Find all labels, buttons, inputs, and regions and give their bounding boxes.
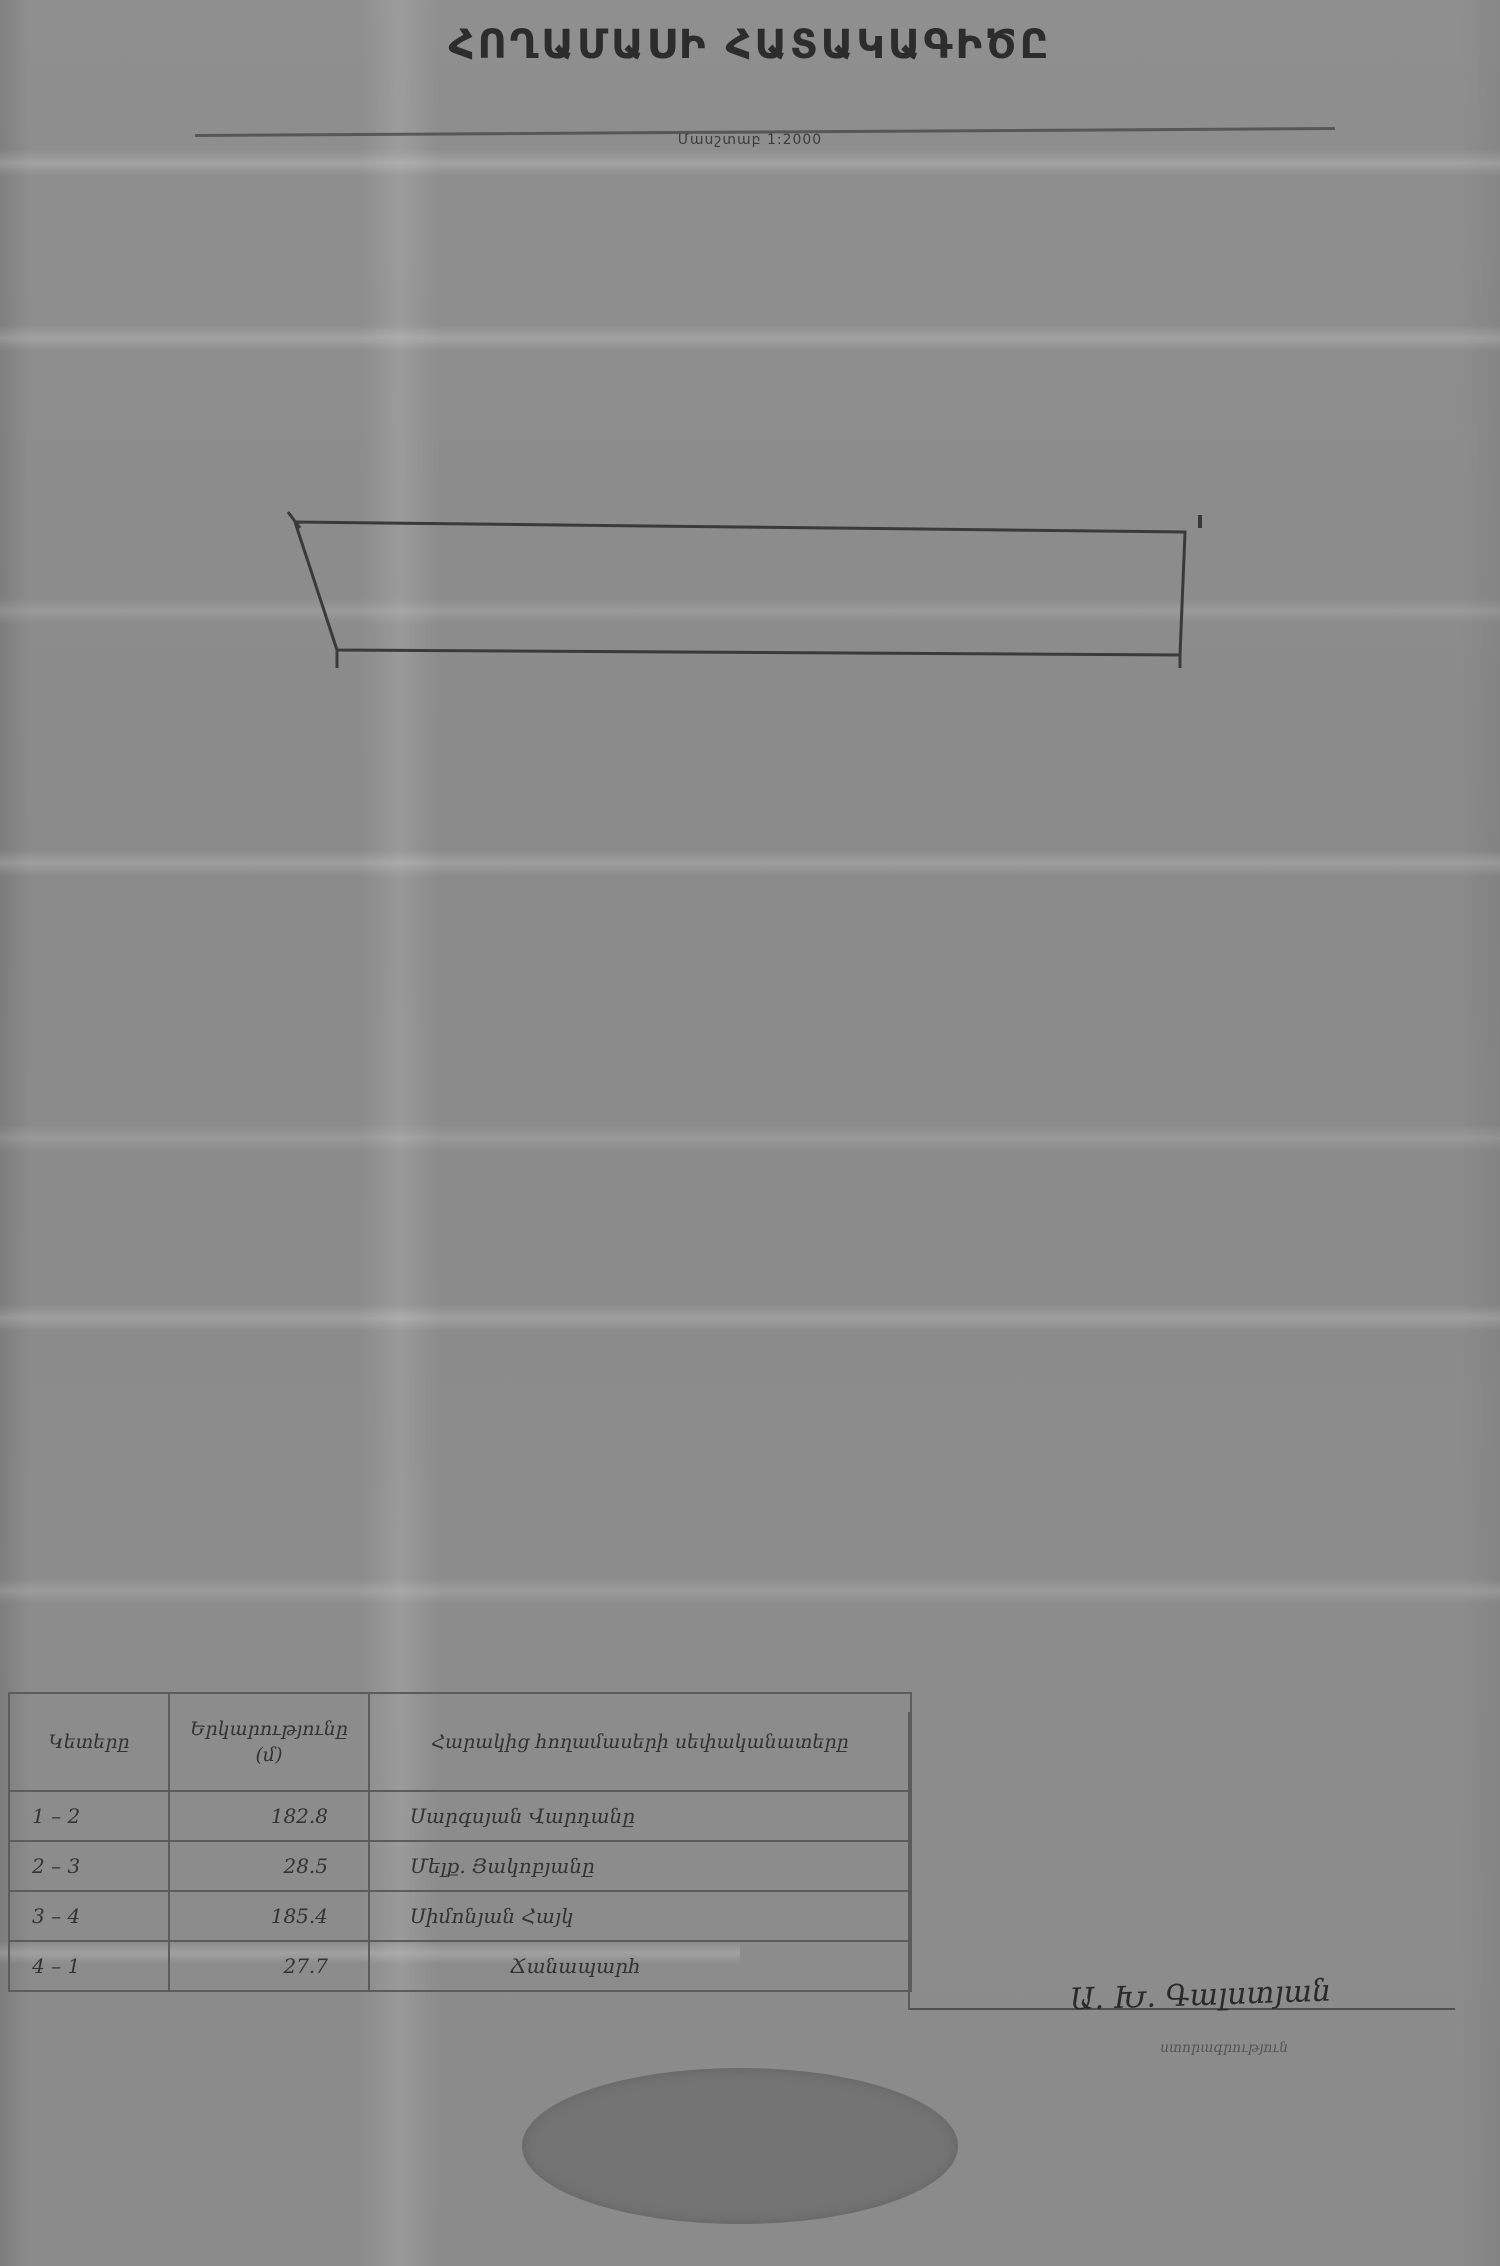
vertex-tick bbox=[288, 512, 300, 528]
table-row: 2 – 3 28.5 Մելք. Յակոբյանը bbox=[9, 1841, 911, 1891]
cell-length: 28.5 bbox=[169, 1841, 369, 1891]
official-stamp bbox=[522, 2068, 958, 2224]
cell-length: 182.8 bbox=[169, 1791, 369, 1841]
cell-neighbor: Ճանապարհ bbox=[369, 1941, 911, 1991]
header-points: Կետերը bbox=[9, 1693, 169, 1791]
boundary-table: Կետերը Երկարությունը (մ) Հարակից հողամաս… bbox=[8, 1692, 912, 1992]
cell-length: 185.4 bbox=[169, 1891, 369, 1941]
plot-boundary bbox=[295, 522, 1185, 655]
table-row: 3 – 4 185.4 Սիմոնյան Հայկ bbox=[9, 1891, 911, 1941]
cell-points: 2 – 3 bbox=[9, 1841, 169, 1891]
table-header-row: Կետերը Երկարությունը (մ) Հարակից հողամաս… bbox=[9, 1693, 911, 1791]
header-length: Երկարությունը (մ) bbox=[169, 1693, 369, 1791]
cell-points: 1 – 2 bbox=[9, 1791, 169, 1841]
cell-points: 3 – 4 bbox=[9, 1891, 169, 1941]
cell-points: 4 – 1 bbox=[9, 1941, 169, 1991]
signature-caption: ստորագրություն bbox=[1160, 2040, 1288, 2056]
table-row: 4 – 1 27.7 Ճանապարհ bbox=[9, 1941, 911, 1991]
cell-neighbor: Մելք. Յակոբյանը bbox=[369, 1841, 911, 1891]
cell-neighbor: Սիմոնյան Հայկ bbox=[369, 1891, 911, 1941]
table-extension-line bbox=[908, 1712, 910, 2010]
header-neighbor: Հարակից հողամասերի սեփականատերը bbox=[369, 1693, 911, 1791]
cell-length: 27.7 bbox=[169, 1941, 369, 1991]
table-row: 1 – 2 182.8 Սարգսյան Վարդանը bbox=[9, 1791, 911, 1841]
cell-neighbor: Սարգսյան Վարդանը bbox=[369, 1791, 911, 1841]
